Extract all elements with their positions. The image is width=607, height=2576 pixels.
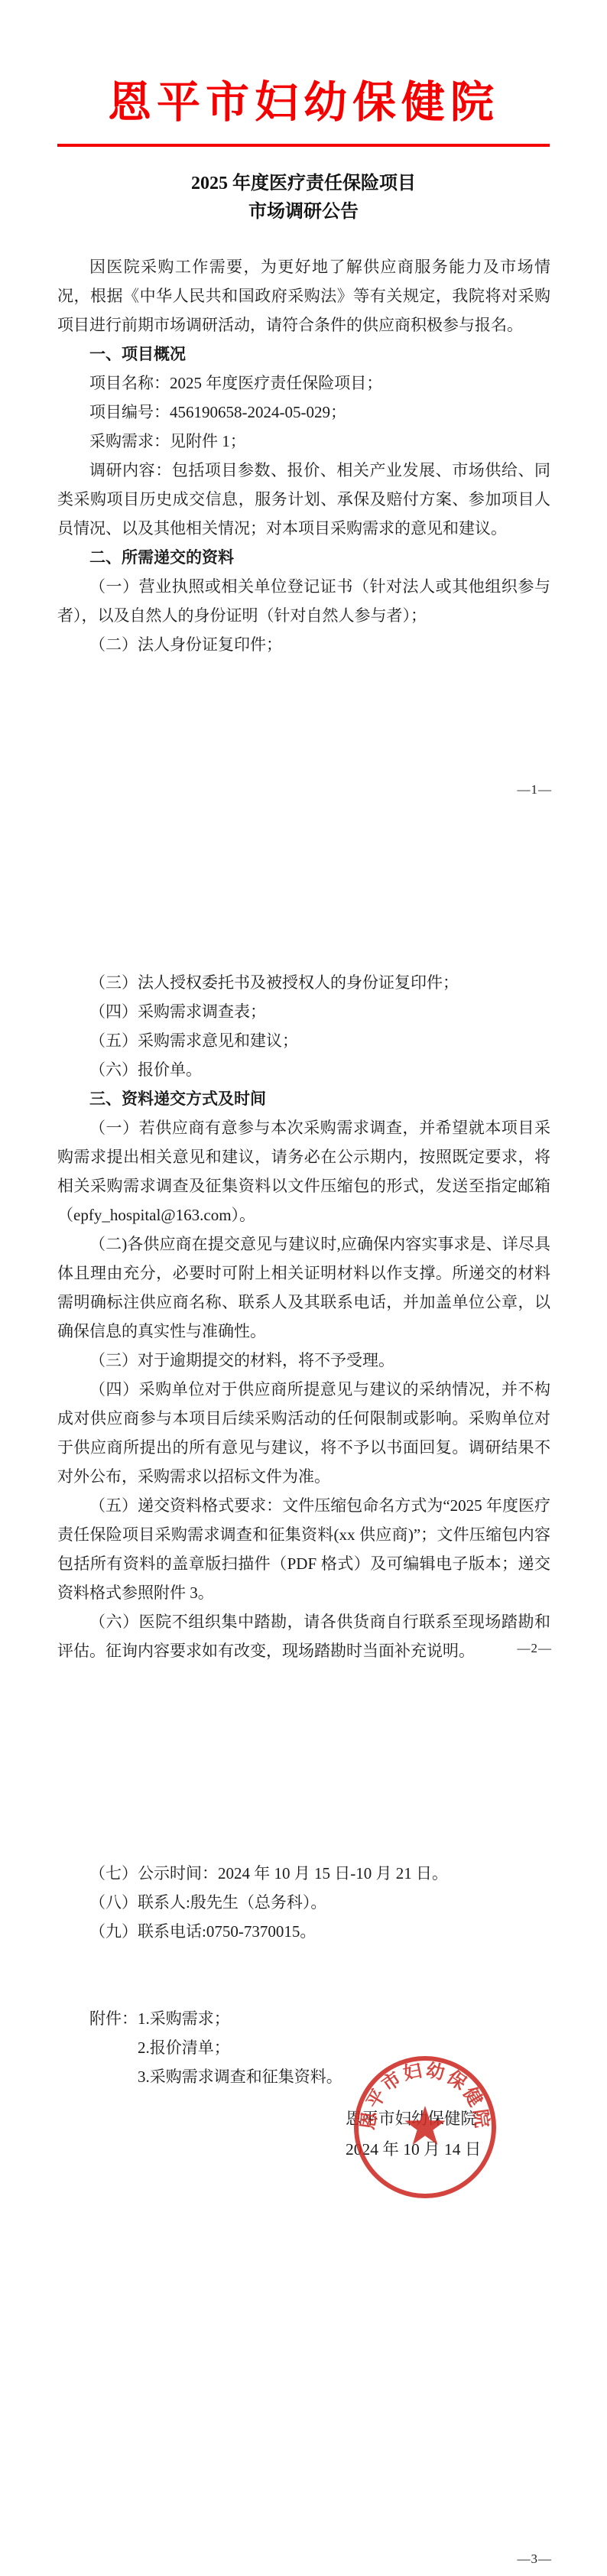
section-3-item-4: （四）采购单位对于供应商所提意见与建议的采纳情况，并不构成对供应商参与本项目后续… <box>57 1375 550 1491</box>
section-2-heading: 二、所需递交的资料 <box>57 543 550 572</box>
section-2-item-6: （六）报价单。 <box>57 1055 550 1084</box>
page-2: （三）法人授权委托书及被授权人的身份证复印件； （四）采购需求调查表； （五）采… <box>0 859 607 1717</box>
section-3-item-3: （三）对于逾期提交的材料，将不予受理。 <box>57 1346 550 1375</box>
signature-date: 2024 年 10 月 14 日 <box>346 2134 481 2165</box>
attachments-block: 附件：1.采购需求； 2.报价清单； 3.采购需求调查和征集资料。 <box>57 2004 550 2091</box>
section-2-item-3: （三）法人授权委托书及被授权人的身份证复印件； <box>57 968 550 997</box>
signature-block: 恩平市妇幼保健院 2024 年 10 月 14 日 <box>346 2103 481 2165</box>
section-3-item-6: （六）医院不组织集中踏勘，请各供货商自行联系至现场踏勘和评估。征询内容要求如有改… <box>57 1607 550 1665</box>
section-3-item-2: （二)各供应商在提交意见与建议时,应确保内容实事求是、详尽具体且理由充分，必要时… <box>57 1230 550 1346</box>
section-3-item-1: （一）若供应商有意参与本次采购需求调查，并希望就本项目采购需求提出相关意见和建议… <box>57 1113 550 1230</box>
red-divider <box>57 144 550 147</box>
signature-org: 恩平市妇幼保健院 <box>346 2103 481 2134</box>
page-3-body: （七）公示时间：2024 年 10 月 15 日-10 月 21 日。 （八）联… <box>0 1717 607 2091</box>
section-3-item-5: （五）递交资料格式要求：文件压缩包命名方式为“2025 年度医疗责任保险项目采购… <box>57 1491 550 1607</box>
page-3: （七）公示时间：2024 年 10 月 15 日-10 月 21 日。 （八）联… <box>0 1717 607 2576</box>
project-name: 项目名称：2025 年度医疗责任保险项目； <box>57 369 550 398</box>
section-2-item-5: （五）采购需求意见和建议； <box>57 1026 550 1055</box>
section-3-heading: 三、资料递交方式及时间 <box>57 1084 550 1113</box>
page-1-body: 因医院采购工作需要，为更好地了解供应商服务能力及市场情况，根据《中华人民共和国政… <box>0 252 607 659</box>
page-number-2: —2— <box>518 1641 553 1656</box>
project-number: 项目编号：456190658-2024-05-029； <box>57 398 550 427</box>
page-1: 恩平市妇幼保健院 2025 年度医疗责任保险项目 市场调研公告 因医院采购工作需… <box>0 0 607 859</box>
org-title: 恩平市妇幼保健院 <box>0 0 607 133</box>
section-3-item-7: （七）公示时间：2024 年 10 月 15 日-10 月 21 日。 <box>57 1859 550 1888</box>
page-number-3: —3— <box>518 2552 553 2567</box>
section-1-heading: 一、项目概况 <box>57 339 550 369</box>
section-2-item-2: （二）法人身份证复印件； <box>57 630 550 659</box>
section-3-item-9: （九）联系电话:0750-7370015。 <box>57 1917 550 1946</box>
document: 恩平市妇幼保健院 2025 年度医疗责任保险项目 市场调研公告 因医院采购工作需… <box>0 0 607 2576</box>
doc-title-line-2: 市场调研公告 <box>0 198 607 226</box>
section-3-item-8: （八）联系人:殷先生（总务科）。 <box>57 1888 550 1917</box>
page-number-1: —1— <box>518 782 553 797</box>
intro-paragraph: 因医院采购工作需要，为更好地了解供应商服务能力及市场情况，根据《中华人民共和国政… <box>57 252 550 339</box>
doc-title-line-1: 2025 年度医疗责任保险项目 <box>0 170 607 198</box>
research-content: 调研内容：包括项目参数、报价、相关产业发展、市场供给、同类采购项目历史成交信息，… <box>57 456 550 543</box>
page-2-body: （三）法人授权委托书及被授权人的身份证复印件； （四）采购需求调查表； （五）采… <box>0 859 607 1665</box>
section-2-item-4: （四）采购需求调查表； <box>57 997 550 1026</box>
attachment-line-1: 附件：1.采购需求； <box>89 2004 550 2033</box>
procurement-requirement: 采购需求：见附件 1； <box>57 427 550 456</box>
attachment-item-1: 1.采购需求； <box>138 2009 230 2028</box>
attachment-item-3: 3.采购需求调查和征集资料。 <box>138 2062 550 2091</box>
attachment-item-2: 2.报价清单； <box>138 2033 550 2062</box>
section-2-item-1: （一）营业执照或相关单位登记证书（针对法人或其他组织参与者），以及自然人的身份证… <box>57 572 550 630</box>
attachments-label: 附件： <box>89 2009 138 2028</box>
